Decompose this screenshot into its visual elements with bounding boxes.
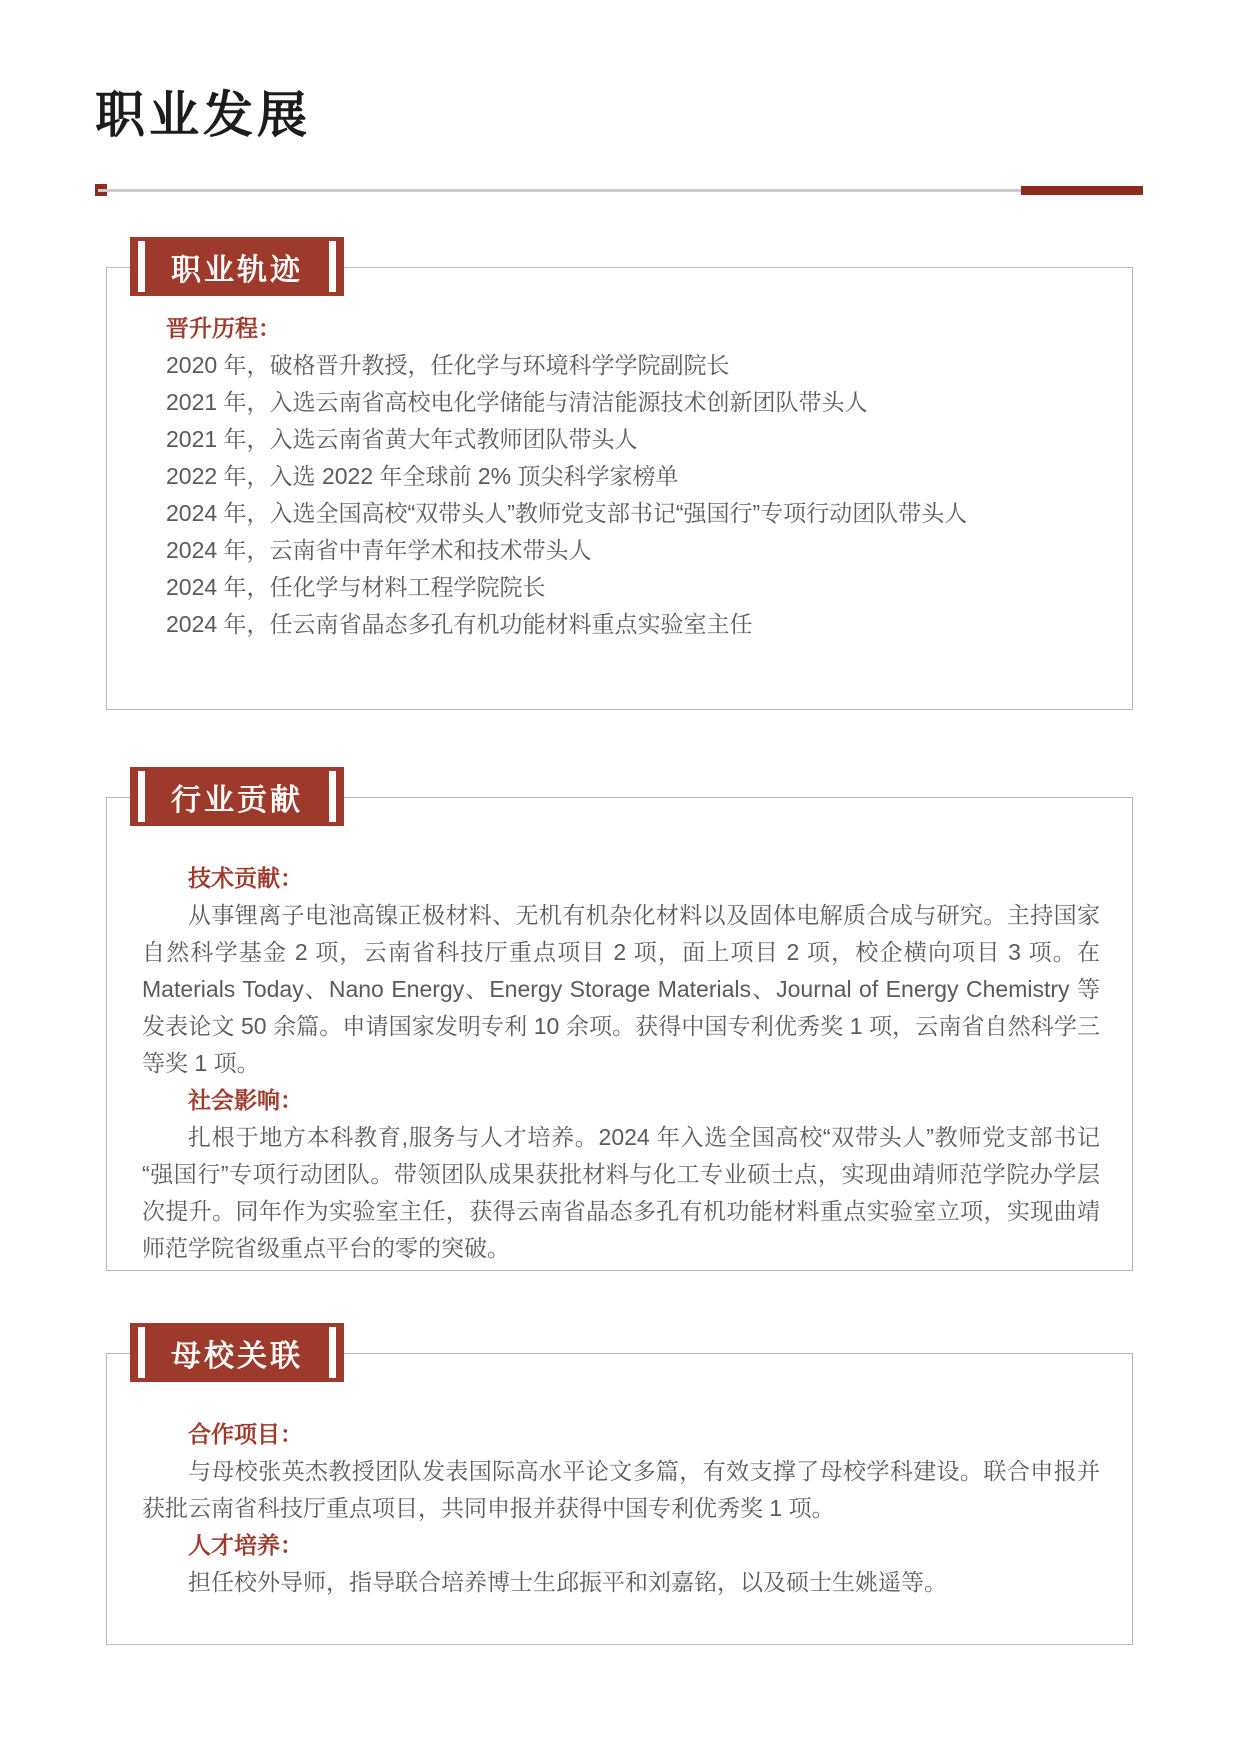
trajectory-item: 2024 年，任化学与材料工程学院院长 xyxy=(166,569,1092,606)
subheading-talent-training: 人才培养： xyxy=(142,1527,1100,1564)
section-content: 合作项目： 与母校张英杰教授团队发表国际高水平论文多篇，有效支撑了母校学科建设。… xyxy=(107,1354,1132,1601)
subheading-technical-contribution: 技术贡献： xyxy=(142,860,1100,897)
section-alma-mater-connection: 母校关联 合作项目： 与母校张英杰教授团队发表国际高水平论文多篇，有效支撑了母校… xyxy=(106,1353,1133,1645)
section-badge-label: 行业贡献 xyxy=(171,775,303,819)
section-content: 晋升历程： 2020 年，破格晋升教授，任化学与环境科学学院副院长 2021 年… xyxy=(107,268,1132,643)
divider-line xyxy=(98,189,1023,192)
section-badge: 职业轨迹 xyxy=(130,237,344,296)
badge-slit-left-icon xyxy=(138,771,145,822)
trajectory-item: 2021 年，入选云南省黄大年式教师团队带头人 xyxy=(166,421,1092,458)
trajectory-item: 2021 年，入选云南省高校电化学储能与清洁能源技术创新团队带头人 xyxy=(166,384,1092,421)
paragraph-technical-contribution: 从事锂离子电池高镍正极材料、无机有机杂化材料以及固体电解质合成与研究。主持国家自… xyxy=(142,897,1100,1082)
trajectory-item: 2022 年，入选 2022 年全球前 2% 顶尖科学家榜单 xyxy=(166,458,1092,495)
subheading-promotion-history: 晋升历程： xyxy=(166,310,1092,347)
badge-slit-left-icon xyxy=(138,1327,145,1378)
trajectory-item: 2024 年，云南省中青年学术和技术带头人 xyxy=(166,532,1092,569)
section-career-trajectory: 职业轨迹 晋升历程： 2020 年，破格晋升教授，任化学与环境科学学院副院长 2… xyxy=(106,267,1133,710)
page-title: 职业发展 xyxy=(95,88,311,143)
section-content: 技术贡献： 从事锂离子电池高镍正极材料、无机有机杂化材料以及固体电解质合成与研究… xyxy=(107,798,1132,1267)
subheading-cooperation-projects: 合作项目： xyxy=(142,1416,1100,1453)
paragraph-talent-training: 担任校外导师，指导联合培养博士生邱振平和刘嘉铭，以及硕士生姚遥等。 xyxy=(142,1564,1100,1601)
badge-slit-left-icon xyxy=(138,241,145,292)
subheading-social-impact: 社会影响： xyxy=(142,1082,1100,1119)
badge-slit-right-icon xyxy=(329,771,336,822)
section-industry-contribution: 行业贡献 技术贡献： 从事锂离子电池高镍正极材料、无机有机杂化材料以及固体电解质… xyxy=(106,797,1133,1271)
trajectory-item: 2024 年，入选全国高校“双带头人”教师党支部书记“强国行”专项行动团队带头人 xyxy=(166,495,1092,532)
section-badge-label: 母校关联 xyxy=(171,1331,303,1375)
paragraph-social-impact: 扎根于地方本科教育,服务与人才培养。2024 年入选全国高校“双带头人”教师党支… xyxy=(142,1119,1100,1267)
trajectory-item: 2020 年，破格晋升教授，任化学与环境科学学院副院长 xyxy=(166,347,1092,384)
badge-slit-right-icon xyxy=(329,1327,336,1378)
section-badge: 行业贡献 xyxy=(130,767,344,826)
paragraph-cooperation-projects: 与母校张英杰教授团队发表国际高水平论文多篇，有效支撑了母校学科建设。联合申报并获… xyxy=(142,1453,1100,1527)
section-badge-label: 职业轨迹 xyxy=(171,245,303,289)
badge-slit-right-icon xyxy=(329,241,336,292)
section-badge: 母校关联 xyxy=(130,1323,344,1382)
trajectory-item: 2024 年，任云南省晶态多孔有机功能材料重点实验室主任 xyxy=(166,606,1092,643)
divider-accent-bar xyxy=(1021,186,1143,195)
document-page: 职业发展 职业轨迹 晋升历程： 2020 年，破格晋升教授，任化学与环境科学学院… xyxy=(0,0,1240,1754)
